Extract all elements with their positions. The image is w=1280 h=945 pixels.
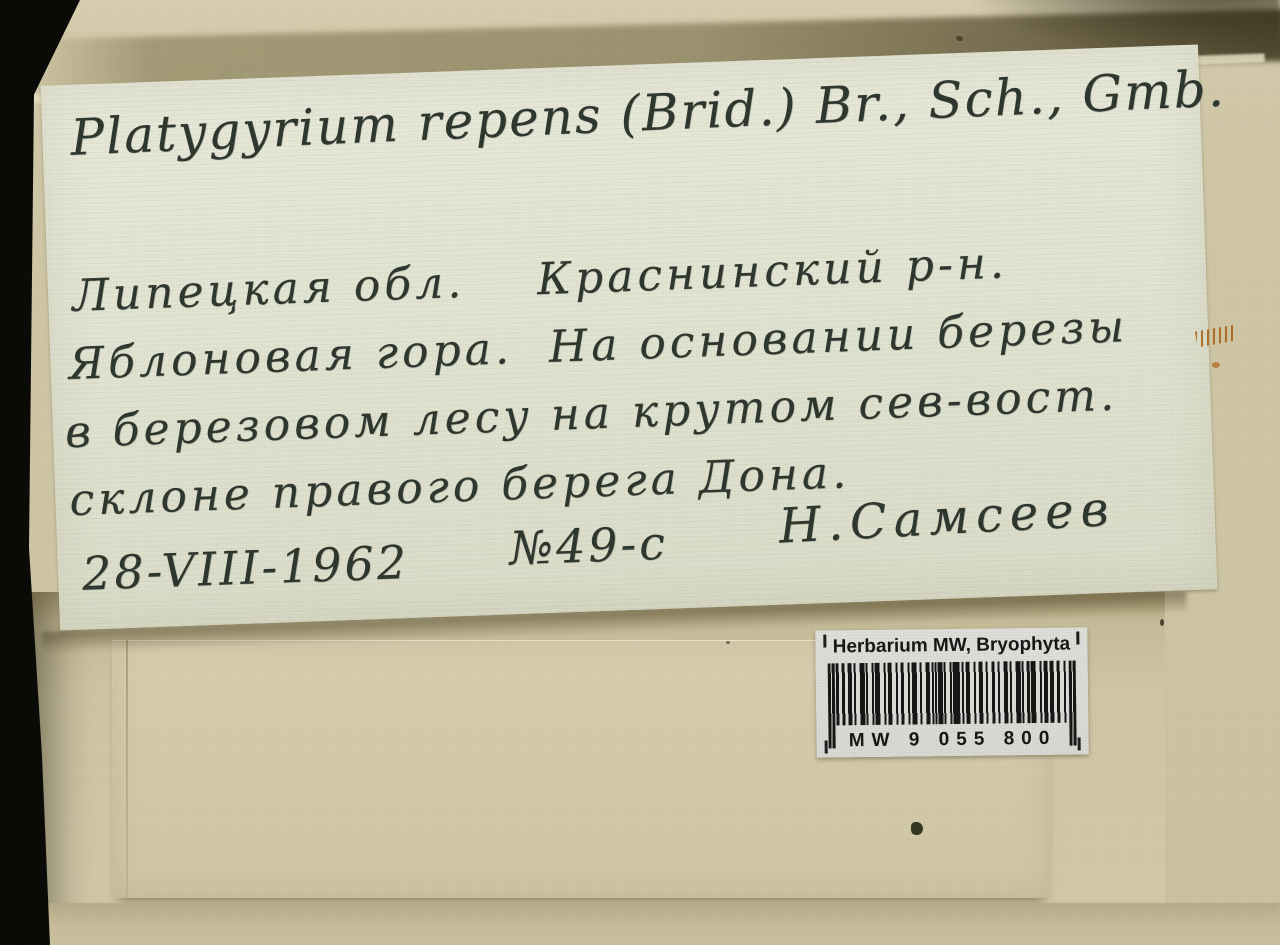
locality-line-1: Липецкая обл. Краснинский р-н. xyxy=(71,237,1008,321)
locality-line-4: склоне правого берега Дона. xyxy=(69,447,851,526)
barcode-sticker: Herbarium MW, Bryophyta MW 9 055 800 xyxy=(815,627,1089,757)
debris-speck xyxy=(1160,619,1164,626)
packet-fold-crease xyxy=(126,640,128,898)
sheet-bottom-edge xyxy=(30,903,1280,945)
barcode-bars xyxy=(836,661,1069,726)
moss-fragment-speck xyxy=(911,822,923,835)
handwritten-label: Platygyrium repens (Brid.) Br., Sch., Gm… xyxy=(41,44,1218,630)
collection-date: 28-VIII-1962 xyxy=(81,535,410,601)
orange-ink-dot xyxy=(1212,362,1220,368)
debris-speck xyxy=(726,641,730,644)
herbarium-specimen-photo: Platygyrium repens (Brid.) Br., Sch., Gm… xyxy=(0,0,1280,945)
debris-speck xyxy=(1220,33,1224,37)
barcode-number: MW 9 055 800 xyxy=(816,727,1088,752)
collection-number: №49-с xyxy=(509,516,669,576)
barcode-title: Herbarium MW, Bryophyta xyxy=(815,633,1087,658)
